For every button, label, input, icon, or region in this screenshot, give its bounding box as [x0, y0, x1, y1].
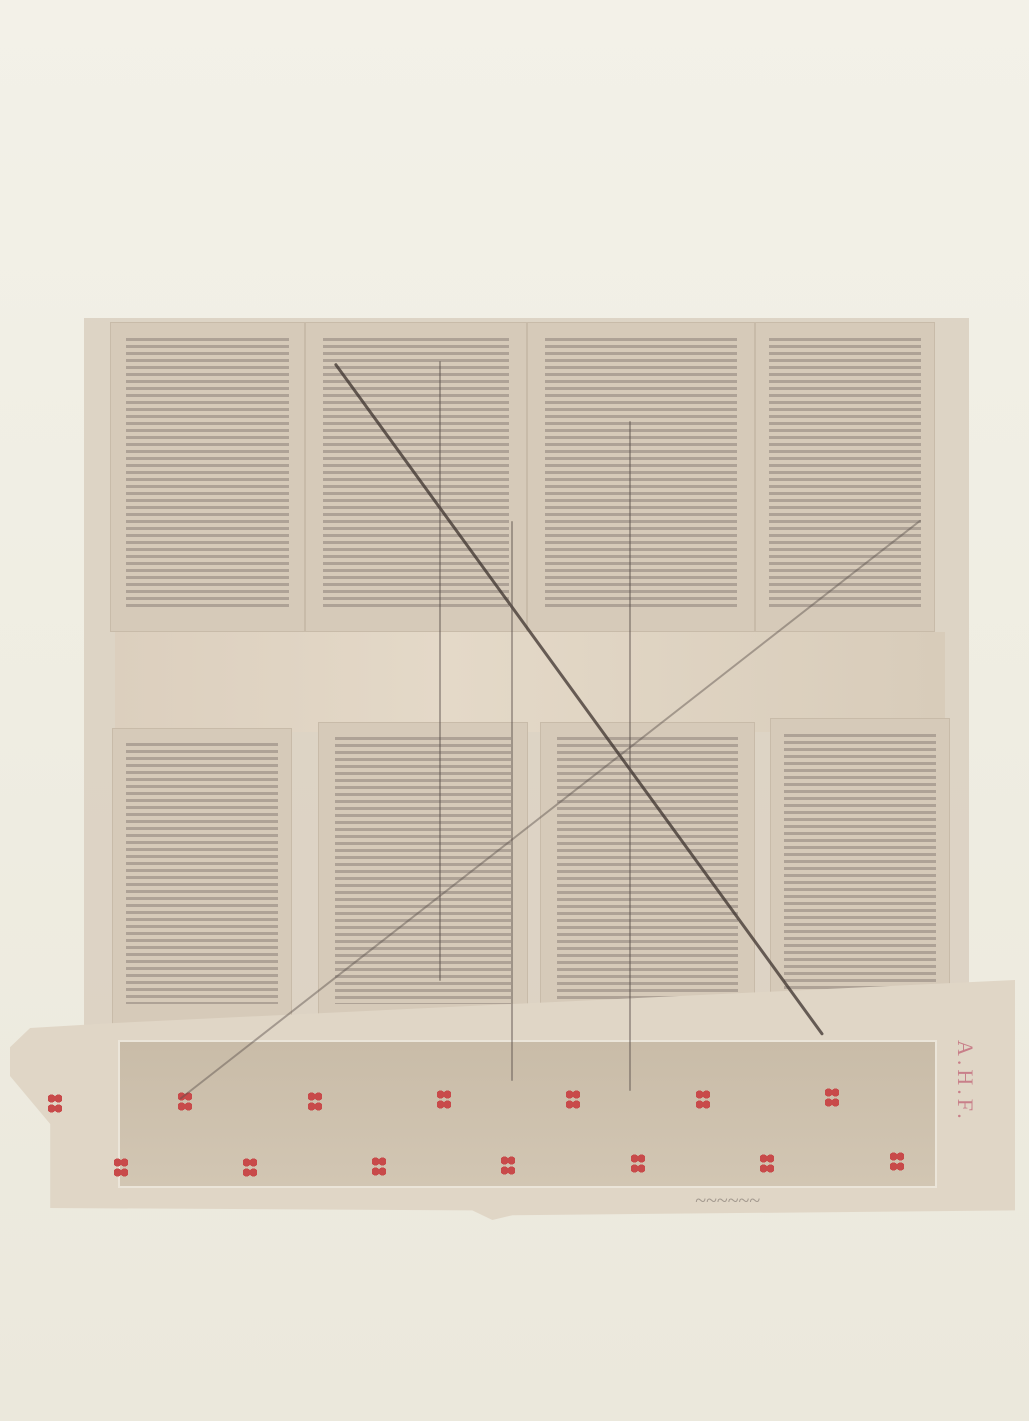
- book-page: [112, 728, 292, 1028]
- flower-motif: [501, 1154, 515, 1182]
- flower-motif: [243, 1156, 257, 1184]
- flower-motif: [825, 1086, 839, 1114]
- flower-motif: [437, 1088, 451, 1116]
- book-page: [540, 722, 755, 1028]
- flower-motif: [114, 1156, 128, 1184]
- flower-motif: [372, 1155, 386, 1183]
- flower-motif: [760, 1152, 774, 1180]
- pencil-vertical: [439, 361, 441, 981]
- pencil-vertical: [511, 521, 513, 1081]
- book-page: [755, 322, 935, 632]
- pencil-vertical: [629, 421, 631, 1091]
- inscription: A.H.F.: [952, 1040, 978, 1123]
- book-page: [527, 322, 755, 632]
- paper-sheet: A.H.F. ~~~~~~: [0, 0, 1029, 1421]
- flower-motif: [631, 1152, 645, 1180]
- flower-motif: [696, 1088, 710, 1116]
- flower-motif: [308, 1090, 322, 1118]
- book-page: [110, 322, 305, 632]
- signature: ~~~~~~: [695, 1190, 760, 1213]
- book-page: [770, 718, 950, 1028]
- flower-motif: [48, 1092, 62, 1120]
- stained-band: [115, 632, 945, 732]
- flower-motif: [566, 1088, 580, 1116]
- flower-motif: [890, 1150, 904, 1178]
- book-page: [318, 722, 528, 1028]
